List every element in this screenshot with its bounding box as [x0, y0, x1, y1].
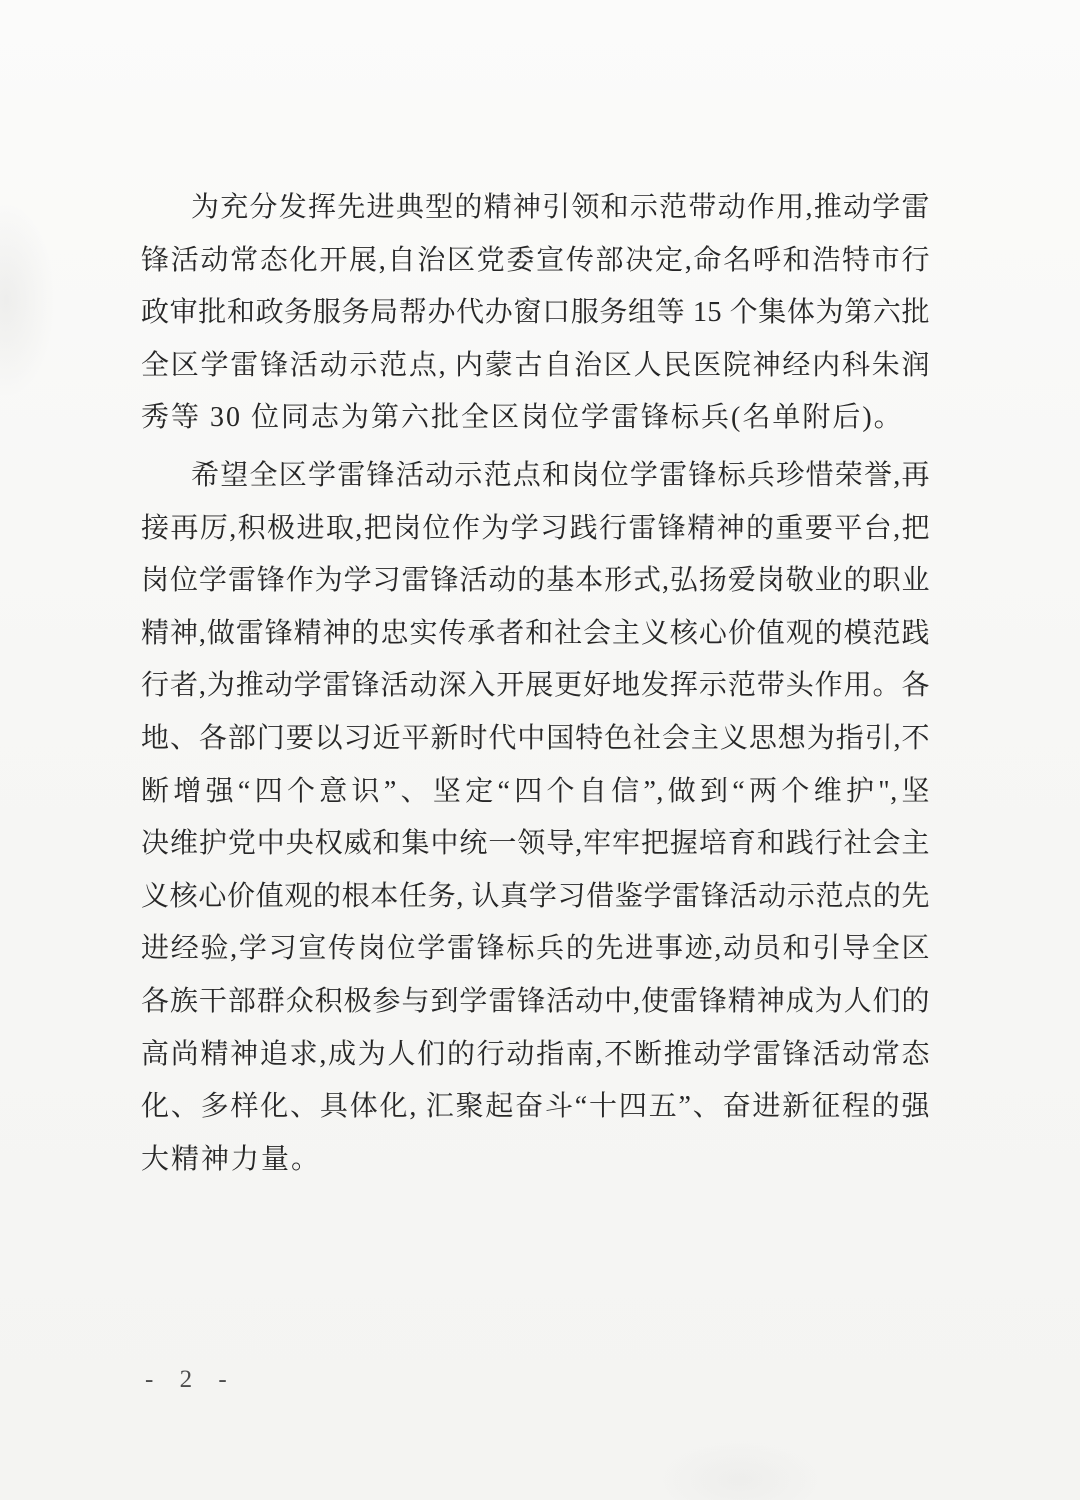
- text-line: 地、各部门要以习近平新时代中国特色社会主义思想为指引,不: [141, 713, 930, 766]
- paragraph: 为充分发挥先进典型的精神引领和示范带动作用,推动学雷锋活动常态化开展,自治区党委…: [141, 182, 930, 445]
- text-line: 化、多样化、具体化, 汇聚起奋斗“十四五”、奋进新征程的强: [141, 1081, 930, 1134]
- page-number: - 2 -: [145, 1366, 234, 1394]
- text-line: 行者,为推动学雷锋活动深入开展更好地发挥示范带头作用。各: [141, 660, 930, 713]
- text-line: 义核心价值观的根本任务, 认真学习借鉴学雷锋活动示范点的先: [141, 871, 930, 924]
- text-line: 各族干部群众积极参与到学雷锋活动中,使雷锋精神成为人们的: [141, 976, 930, 1029]
- text-line: 断增强“四个意识”、坚定“四个自信”,做到“两个维护",坚: [141, 766, 930, 819]
- text-line: 大精神力量。: [141, 1134, 930, 1187]
- paragraph: 希望全区学雷锋活动示范点和岗位学雷锋标兵珍惜荣誉,再接再厉,积极进取,把岗位作为…: [141, 450, 930, 1186]
- text-line: 秀等 30 位同志为第六批全区岗位学雷锋标兵(名单附后)。: [141, 392, 930, 445]
- text-line: 精神,做雷锋精神的忠实传承者和社会主义核心价值观的模范践: [141, 608, 930, 661]
- text-line: 岗位学雷锋作为学习雷锋活动的基本形式,弘扬爱岗敬业的职业: [141, 555, 930, 608]
- text-line: 锋活动常态化开展,自治区党委宣传部决定,命名呼和浩特市行: [141, 235, 930, 288]
- document-body: 为充分发挥先进典型的精神引领和示范带动作用,推动学雷锋活动常态化开展,自治区党委…: [141, 182, 930, 1186]
- text-line: 进经验,学习宣传岗位学雷锋标兵的先进事迹,动员和引导全区: [141, 923, 930, 976]
- text-line: 全区学雷锋活动示范点, 内蒙古自治区人民医院神经内科朱润: [141, 340, 930, 393]
- text-line: 为充分发挥先进典型的精神引领和示范带动作用,推动学雷: [141, 182, 930, 235]
- text-line: 希望全区学雷锋活动示范点和岗位学雷锋标兵珍惜荣誉,再: [141, 450, 930, 503]
- scanned-document-page: 为充分发挥先进典型的精神引领和示范带动作用,推动学雷锋活动常态化开展,自治区党委…: [0, 0, 1080, 1500]
- text-line: 接再厉,积极进取,把岗位作为学习践行雷锋精神的重要平台,把: [141, 503, 930, 556]
- text-line: 政审批和政务服务局帮办代办窗口服务组等 15 个集体为第六批: [141, 287, 930, 340]
- text-line: 高尚精神追求,成为人们的行动指南,不断推动学雷锋活动常态: [141, 1029, 930, 1082]
- text-line: 决维护党中央权威和集中统一领导,牢牢把握培育和践行社会主: [141, 818, 930, 871]
